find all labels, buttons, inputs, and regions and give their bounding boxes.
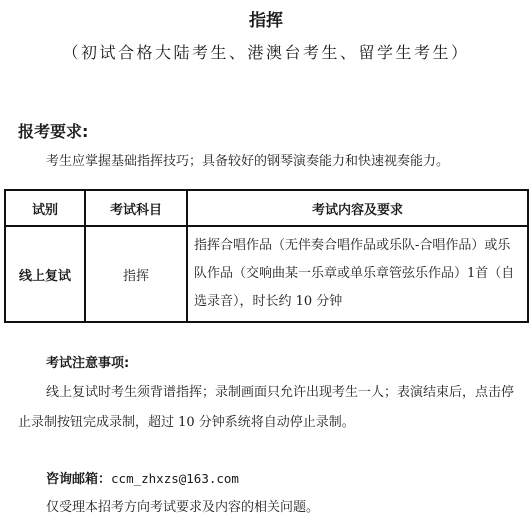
contact-scope-text: 仅受理本招考方向考试要求及内容的相关问题。 [46,496,319,515]
cell-subject: 指挥 [85,226,187,322]
notice-heading: 考试注意事项: [46,352,129,371]
notice-text: 线上复试时考生须背谱指挥；录制画面只允许出现考生一人；表演结束后，点击停止录制按… [18,378,518,438]
table-row: 线上复试 指挥 指挥合唱作品（无伴奏合唱作品或乐队-合唱作品）或乐队作品（交响曲… [5,226,528,322]
page-title: 指挥 [0,6,532,31]
exam-table: 试别 考试科目 考试内容及要求 线上复试 指挥 指挥合唱作品（无伴奏合唱作品或乐… [4,189,529,323]
header-stage: 试别 [5,190,85,226]
cell-content: 指挥合唱作品（无伴奏合唱作品或乐队-合唱作品）或乐队作品（交响曲某一乐章或单乐章… [187,226,528,322]
contact-line: 咨询邮箱：ccm_zhxzs@163.com [46,468,239,487]
requirements-text: 考生应掌握基础指挥技巧；具备较好的钢琴演奏能力和快速视奏能力。 [46,150,449,169]
header-content: 考试内容及要求 [187,190,528,226]
contact-email-link[interactable]: ccm_zhxzs@163.com [111,471,239,486]
page-subtitle: （初试合格大陆考生、港澳台考生、留学生考生） [0,40,532,63]
requirements-heading: 报考要求: [18,119,88,142]
header-subject: 考试科目 [85,190,187,226]
table-header-row: 试别 考试科目 考试内容及要求 [5,190,528,226]
contact-label: 咨询邮箱： [46,472,111,487]
cell-stage: 线上复试 [5,226,85,322]
